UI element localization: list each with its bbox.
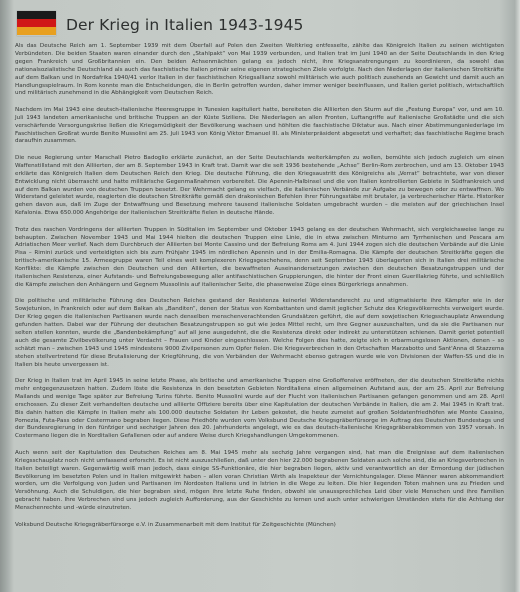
plaque-header: Der Krieg in Italien 1943-1945 bbox=[17, 8, 510, 38]
flag-stripe-red bbox=[17, 19, 56, 27]
paragraph-5: Die politische und militärische Führung … bbox=[15, 298, 504, 369]
memorial-plaque: Der Krieg in Italien 1943-1945 Als das D… bbox=[14, 8, 510, 592]
flag-stripe-gold bbox=[17, 27, 56, 35]
plaque-body: Als das Deutsche Reich am 1. September 1… bbox=[14, 43, 510, 530]
paragraph-1: Als das Deutsche Reich am 1. September 1… bbox=[15, 43, 504, 98]
flag-stripe-black bbox=[17, 11, 56, 19]
german-flag-icon bbox=[17, 11, 56, 36]
paragraph-3: Die neue Regierung unter Marschall Pietr… bbox=[15, 155, 504, 218]
page-title: Der Krieg in Italien 1943-1945 bbox=[66, 16, 304, 34]
paragraph-2: Nachdem im Mai 1943 eine deutsch-italien… bbox=[15, 107, 504, 147]
paragraph-7: Auch wenn seit der Kapitulation des Deut… bbox=[15, 450, 504, 513]
paragraph-6: Der Krieg in Italien trat im April 1945 … bbox=[15, 378, 504, 441]
paragraph-4: Trotz des raschen Vordringens der alliie… bbox=[15, 227, 504, 290]
footer-credit: Volksbund Deutsche Kriegsgräberfürsorge … bbox=[15, 522, 504, 530]
